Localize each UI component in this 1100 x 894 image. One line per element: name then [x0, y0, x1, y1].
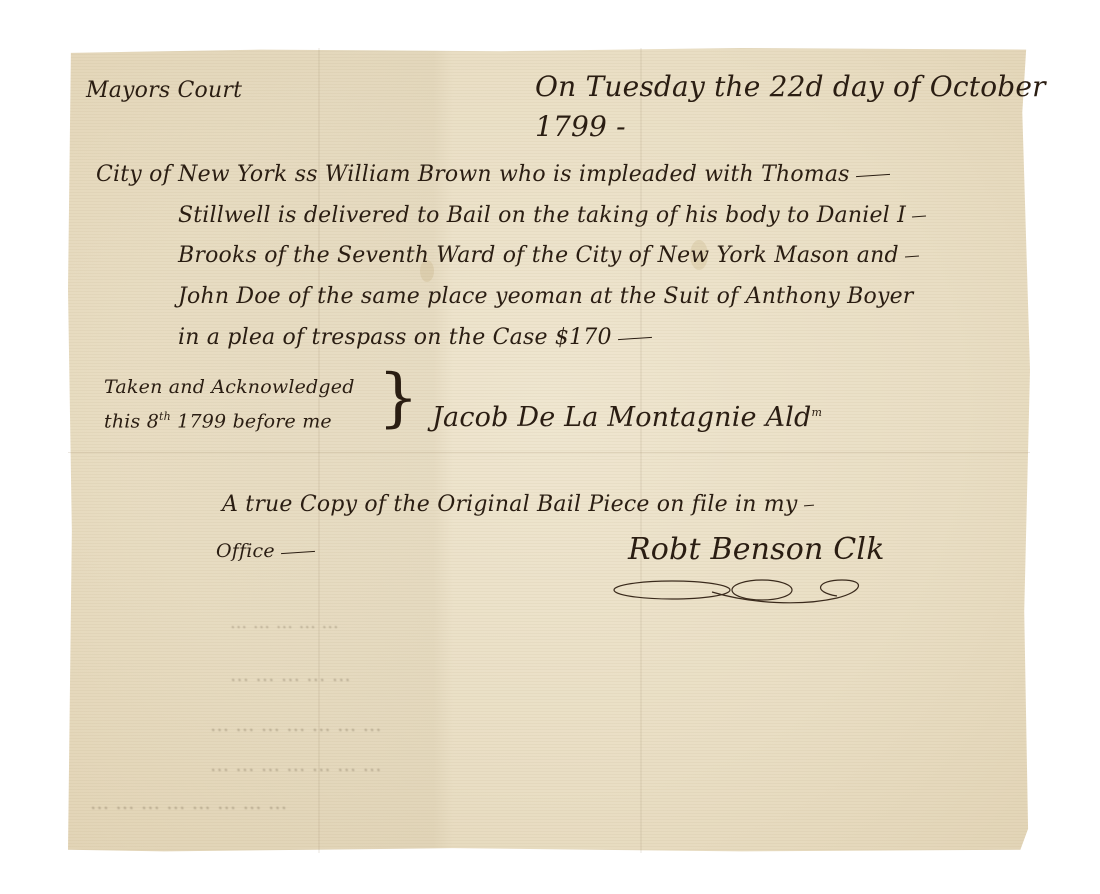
line-dash: [905, 255, 919, 257]
line-dash: [912, 215, 926, 217]
signature-flourish-icon: [612, 578, 872, 614]
certification-line: Office: [216, 540, 315, 562]
clerk-signature: Robt Benson Clk: [628, 532, 885, 567]
line-dash: [803, 504, 813, 506]
body-line: John Doe of the same place yeoman at the…: [178, 284, 914, 309]
alderman-signature: Jacob De La Montagnie Aldm: [432, 402, 822, 433]
acknowledgement-line: Taken and Acknowledged: [104, 376, 355, 398]
horizontal-fold-line: [68, 452, 1030, 453]
date-text: On Tuesday the 22d day of October: [535, 70, 1046, 103]
bleed-through-text: ... ... ... ... ...: [230, 662, 351, 686]
bleed-through-text: ... ... ... ... ... ... ...: [210, 712, 382, 736]
body-line: City of New York ss William Brown who is…: [96, 162, 890, 187]
bleed-through-text: ... ... ... ... ...: [230, 612, 339, 633]
body-line: Brooks of the Seventh Ward of the City o…: [178, 243, 919, 268]
certification-line: A true Copy of the Original Bail Piece o…: [222, 492, 814, 517]
date-year: 1799 -: [535, 110, 626, 143]
brace-symbol: }: [378, 366, 419, 430]
bleed-through-text: ... ... ... ... ... ... ...: [210, 752, 382, 776]
bleed-through-text: ... ... ... ... ... ... ... ...: [90, 790, 287, 814]
body-line: Stillwell is delivered to Bail on the ta…: [178, 203, 926, 228]
acknowledgement-line: this 8th 1799 before me: [104, 410, 332, 432]
line-dash: [281, 550, 315, 553]
line-dash: [856, 173, 890, 176]
line-dash: [618, 336, 652, 339]
court-name: Mayors Court: [86, 78, 242, 103]
body-line: in a plea of trespass on the Case $170: [178, 325, 652, 350]
date-line: On Tuesday the 22d day of October: [535, 70, 1046, 103]
